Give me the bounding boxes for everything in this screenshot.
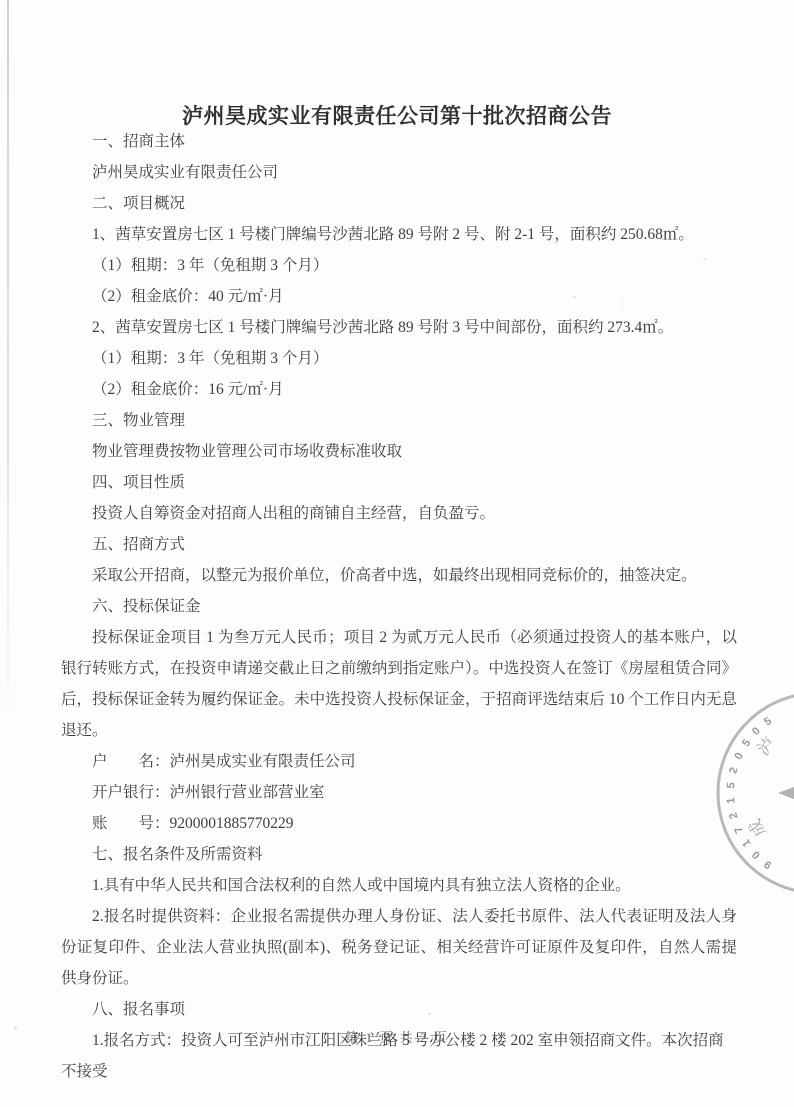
account-name-line: 户 名：泸州昊成实业有限责任公司 bbox=[61, 746, 737, 777]
section-heading: 八、报名事项 bbox=[61, 994, 737, 1025]
section-heading: 二、项目概况 bbox=[61, 188, 737, 219]
svg-text:0: 0 bbox=[750, 848, 763, 861]
svg-text:成: 成 bbox=[745, 816, 770, 840]
section-heading: 四、项目性质 bbox=[61, 467, 737, 498]
scan-speck bbox=[621, 303, 623, 305]
svg-text:0: 0 bbox=[750, 725, 763, 738]
paragraph: 投资人自筹资金对招商人出租的商铺自主经营，自负盈亏。 bbox=[61, 498, 737, 529]
section-heading: 三、物业管理 bbox=[61, 405, 737, 436]
svg-text:5: 5 bbox=[740, 737, 753, 749]
section-heading: 五、招商方式 bbox=[61, 529, 737, 560]
scan-speck bbox=[14, 1026, 17, 1029]
section-heading: 七、报名条件及所需资料 bbox=[61, 839, 737, 870]
paragraph: 泸州昊成实业有限责任公司 bbox=[61, 157, 737, 188]
section-heading: 一、招商主体 bbox=[61, 126, 737, 157]
paragraph: （2）租金底价：16 元/㎡·月 bbox=[61, 374, 737, 405]
paragraph: 1、茜草安置房七区 1 号楼门牌编号沙茜北路 89 号附 2 号、附 2-1 号… bbox=[61, 219, 737, 250]
page-number: 第 1 页 共 2 页 bbox=[0, 1027, 794, 1046]
scanned-document-page: 泸州昊成实业有限责任公司第十批次招商公告 一、招商主体 泸州昊成实业有限责任公司… bbox=[0, 0, 794, 1107]
scan-speck bbox=[428, 1013, 431, 1015]
scan-speck bbox=[527, 570, 529, 572]
account-number-line: 账 号：9200001885770229 bbox=[61, 808, 737, 839]
svg-text:1: 1 bbox=[740, 837, 753, 849]
scan-speck bbox=[573, 296, 576, 298]
scan-speck bbox=[703, 258, 706, 260]
paragraph: 2.报名时提供资料：企业报名需提供办理人身份证、法人委托书原件、法人代表证明及法… bbox=[61, 901, 737, 994]
bank-line: 开户银行：泸州银行营业部营业室 bbox=[61, 777, 737, 808]
svg-text:9: 9 bbox=[762, 858, 774, 871]
seal-characters: 泸成 bbox=[745, 734, 779, 840]
star-icon bbox=[778, 755, 794, 831]
svg-text:泸: 泸 bbox=[754, 734, 779, 759]
section-heading: 六、投标保证金 bbox=[61, 591, 737, 622]
paragraph: 物业管理费按物业管理公司市场收费标准收取 bbox=[61, 436, 737, 467]
paragraph: 2、茜草安置房七区 1 号楼门牌编号沙茜北路 89 号附 3 号中间部份，面积约… bbox=[61, 312, 737, 343]
paragraph: （1）租期：3 年（免租期 3 个月） bbox=[61, 343, 737, 374]
paragraph: 采取公开招商，以整元为报价单位，价高者中选，如最终出现相同竞标价的，抽签决定。 bbox=[61, 560, 737, 591]
paragraph: 投标保证金项目 1 为叁万元人民币；项目 2 为贰万元人民币（必须通过投资人的基… bbox=[61, 622, 737, 746]
paragraph: （1）租期：3 年（免租期 3 个月） bbox=[61, 250, 737, 281]
svg-text:5: 5 bbox=[762, 715, 774, 728]
paragraph: 1.具有中华人民共和国合法权利的自然人或中国境内具有独立法人资格的企业。 bbox=[61, 870, 737, 901]
document-body: 一、招商主体 泸州昊成实业有限责任公司 二、项目概况 1、茜草安置房七区 1 号… bbox=[61, 126, 737, 1087]
paragraph: （2）租金底价：40 元/㎡·月 bbox=[61, 281, 737, 312]
